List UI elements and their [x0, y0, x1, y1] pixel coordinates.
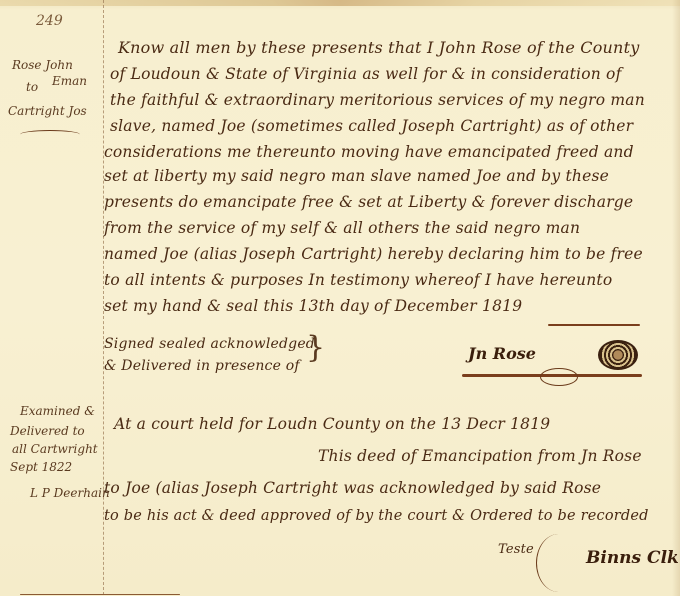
margin-flourish	[20, 130, 80, 139]
signature-loop	[540, 368, 578, 386]
deed-line-7: presents do emancipate free & set at Lib…	[104, 192, 633, 212]
deed-line-9: named Joe (alias Joseph Cartright) hereb…	[104, 244, 643, 264]
attestation-line-1: Signed sealed acknowledged	[104, 334, 315, 354]
paper-bottom-edge	[0, 596, 680, 600]
date-underline	[548, 324, 640, 326]
margin-index-name: Rose John	[12, 58, 73, 72]
paper-right-edge	[672, 0, 680, 600]
clerk-signature: Binns Clk	[586, 548, 679, 568]
deed-line-6: set at liberty my said negro man slave n…	[104, 166, 609, 186]
deed-line-10: to all intents & purposes In testimony w…	[104, 270, 612, 290]
margin-examined: Examined &	[20, 404, 95, 418]
attestation-line-2: & Delivered in presence of	[104, 356, 300, 376]
teste-label: Teste	[498, 540, 534, 560]
court-line-2: This deed of Emancipation from Jn Rose	[318, 446, 642, 466]
grantor-signature: Jn Rose	[468, 344, 536, 363]
attestation-brace: }	[306, 330, 325, 365]
deed-line-1: Know all men by these presents that I Jo…	[118, 38, 639, 58]
deed-line-3: the faithful & extraordinary meritorious…	[110, 90, 645, 110]
margin-delivered: Delivered to	[10, 424, 85, 438]
margin-index-eman: Eman	[52, 74, 87, 88]
wax-seal-icon	[598, 340, 638, 370]
court-line-3: to Joe (alias Joseph Cartright was ackno…	[104, 478, 601, 498]
deed-line-2: of Loudoun & State of Virginia as well f…	[110, 64, 622, 84]
court-line-1: At a court held for Loudn County on the …	[114, 414, 550, 434]
margin-date: Sept 1822	[10, 460, 72, 474]
manuscript-page: 249 Rose John to Eman Cartright Jos Exam…	[0, 0, 680, 600]
deed-line-11: set my hand & seal this 13th day of Dece…	[104, 296, 522, 316]
deed-line-5: considerations me thereunto moving have …	[104, 142, 634, 162]
paper-top-edge	[0, 0, 680, 6]
folio-number: 249	[36, 14, 63, 28]
margin-recipient: all Cartwright	[12, 442, 98, 456]
court-line-4: to be his act & deed approved of by the …	[104, 506, 649, 526]
clerk-flourish	[536, 534, 581, 592]
margin-index-to: to	[26, 80, 38, 94]
margin-index-grantee: Cartright Jos	[8, 104, 87, 118]
deed-line-4: slave, named Joe (sometimes called Josep…	[110, 116, 633, 136]
margin-clerk: L P Deerhain	[30, 486, 110, 500]
deed-line-8: from the service of my self & all others…	[104, 218, 580, 238]
bottom-rule	[20, 594, 180, 595]
